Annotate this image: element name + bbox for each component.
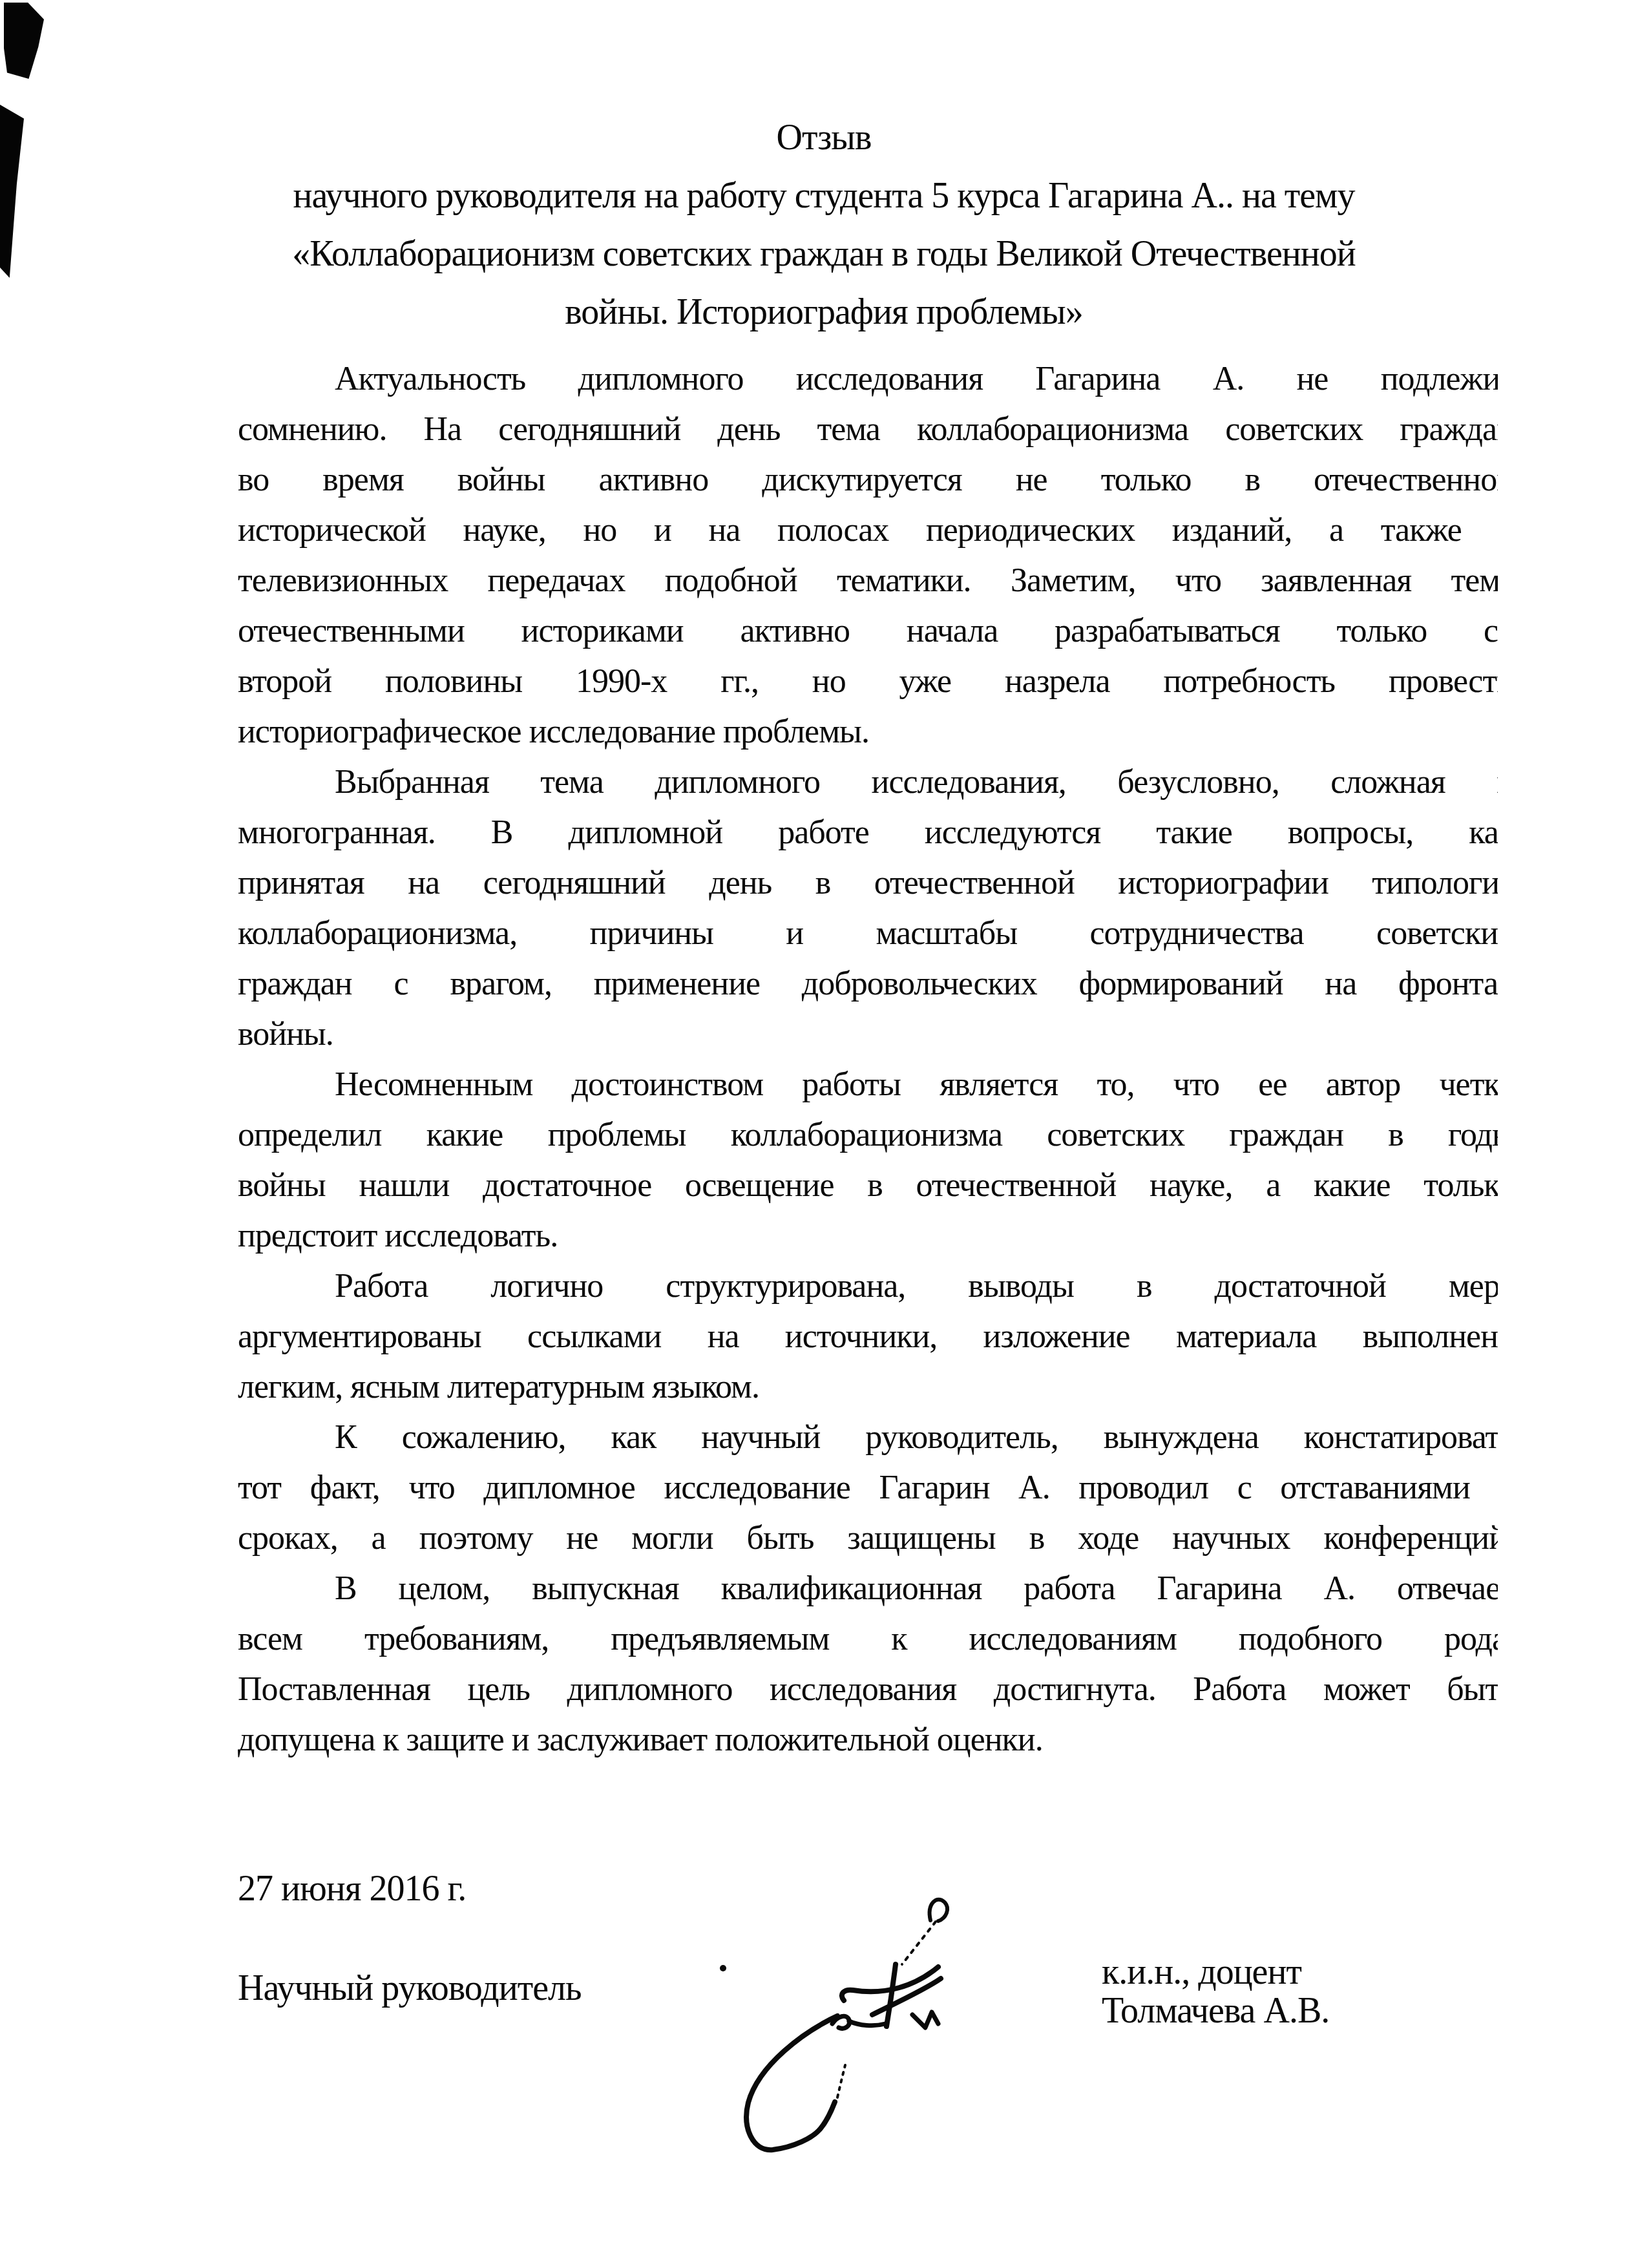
paragraph: Выбранная тема дипломного исследования, … (238, 757, 1498, 1060)
document-page: Отзыв научного руководителя на работу ст… (0, 0, 1649, 2268)
signer-name: Толмачева А.В. (1102, 1991, 1329, 2030)
text-line: коллаборационизма, причины и масштабы со… (238, 908, 1498, 959)
signature-stray-dot (720, 1965, 726, 1971)
paragraph: Актуальность дипломного исследования Гаг… (238, 354, 1498, 757)
text-line: тот факт, что дипломное исследование Гаг… (238, 1463, 1498, 1513)
text-line: исторической науке, но и на полосах пери… (238, 505, 1498, 556)
text-line: принятая на сегодняшний день в отечестве… (238, 858, 1498, 908)
text-line: отечественными историками активно начала… (238, 606, 1498, 656)
text-line: легким, ясным литературным языком. (238, 1362, 1498, 1412)
paragraph: Работа логично структурирована, выводы в… (238, 1261, 1498, 1412)
text-line: Актуальность дипломного исследования Гаг… (238, 354, 1498, 404)
title-line: войны. Историография проблемы» (84, 283, 1564, 341)
text-line: войны. (238, 1009, 1498, 1060)
paragraph: К сожалению, как научный руководитель, в… (238, 1412, 1498, 1564)
text-line: предстоит исследовать. (238, 1211, 1498, 1261)
signer-role-label: Научный руководитель (238, 1964, 582, 2012)
paragraph: Несомненным достоинством работы является… (238, 1060, 1498, 1261)
paragraph: В целом, выпускная квалификационная рабо… (238, 1564, 1498, 1765)
document-body: Актуальность дипломного исследования Гаг… (238, 354, 1498, 1765)
title-line: научного руководителя на работу студента… (84, 167, 1564, 225)
text-line: многогранная. В дипломной работе исследу… (238, 808, 1498, 858)
text-line: историографическое исследование проблемы… (238, 707, 1498, 757)
signer-credentials: к.и.н., доцент Толмачева А.В. (1102, 1953, 1329, 2030)
text-line: второй половины 1990-х гг., но уже назре… (238, 656, 1498, 707)
signer-degree: к.и.н., доцент (1102, 1953, 1329, 1991)
text-line: аргументированы ссылками на источники, и… (238, 1312, 1498, 1362)
text-line: телевизионных передачах подобной тематик… (238, 556, 1498, 606)
text-line: К сожалению, как научный руководитель, в… (238, 1412, 1498, 1463)
document-title: Отзыв научного руководителя на работу ст… (84, 109, 1564, 341)
text-line: во время войны активно дискутируется не … (238, 455, 1498, 505)
text-line: В целом, выпускная квалификационная рабо… (238, 1564, 1498, 1614)
text-line: Работа логично структурирована, выводы в… (238, 1261, 1498, 1312)
title-line: «Коллаборационизм советских граждан в го… (84, 225, 1564, 283)
text-line: Поставленная цель дипломного исследовани… (238, 1664, 1498, 1715)
text-line: определил какие проблемы коллаборациониз… (238, 1110, 1498, 1160)
text-line: сомнению. На сегодняшний день тема колла… (238, 404, 1498, 455)
text-line: допущена к защите и заслуживает положите… (238, 1715, 1498, 1765)
date-line: 27 июня 2016 г. (238, 1865, 466, 1913)
text-line: всем требованиям, предъявляемым к исслед… (238, 1614, 1498, 1664)
handwritten-signature-icon (711, 1842, 1098, 2229)
scan-ink-blot-left (0, 105, 24, 278)
title-line: Отзыв (84, 109, 1564, 167)
text-line: граждан с врагом, применение добровольче… (238, 959, 1498, 1009)
text-line: войны нашли достаточное освещение в отеч… (238, 1160, 1498, 1211)
scan-ink-blot-top (4, 3, 44, 79)
text-line: сроках, а поэтому не могли быть защищены… (238, 1513, 1498, 1564)
text-line: Несомненным достоинством работы является… (238, 1060, 1498, 1110)
text-line: Выбранная тема дипломного исследования, … (238, 757, 1498, 808)
